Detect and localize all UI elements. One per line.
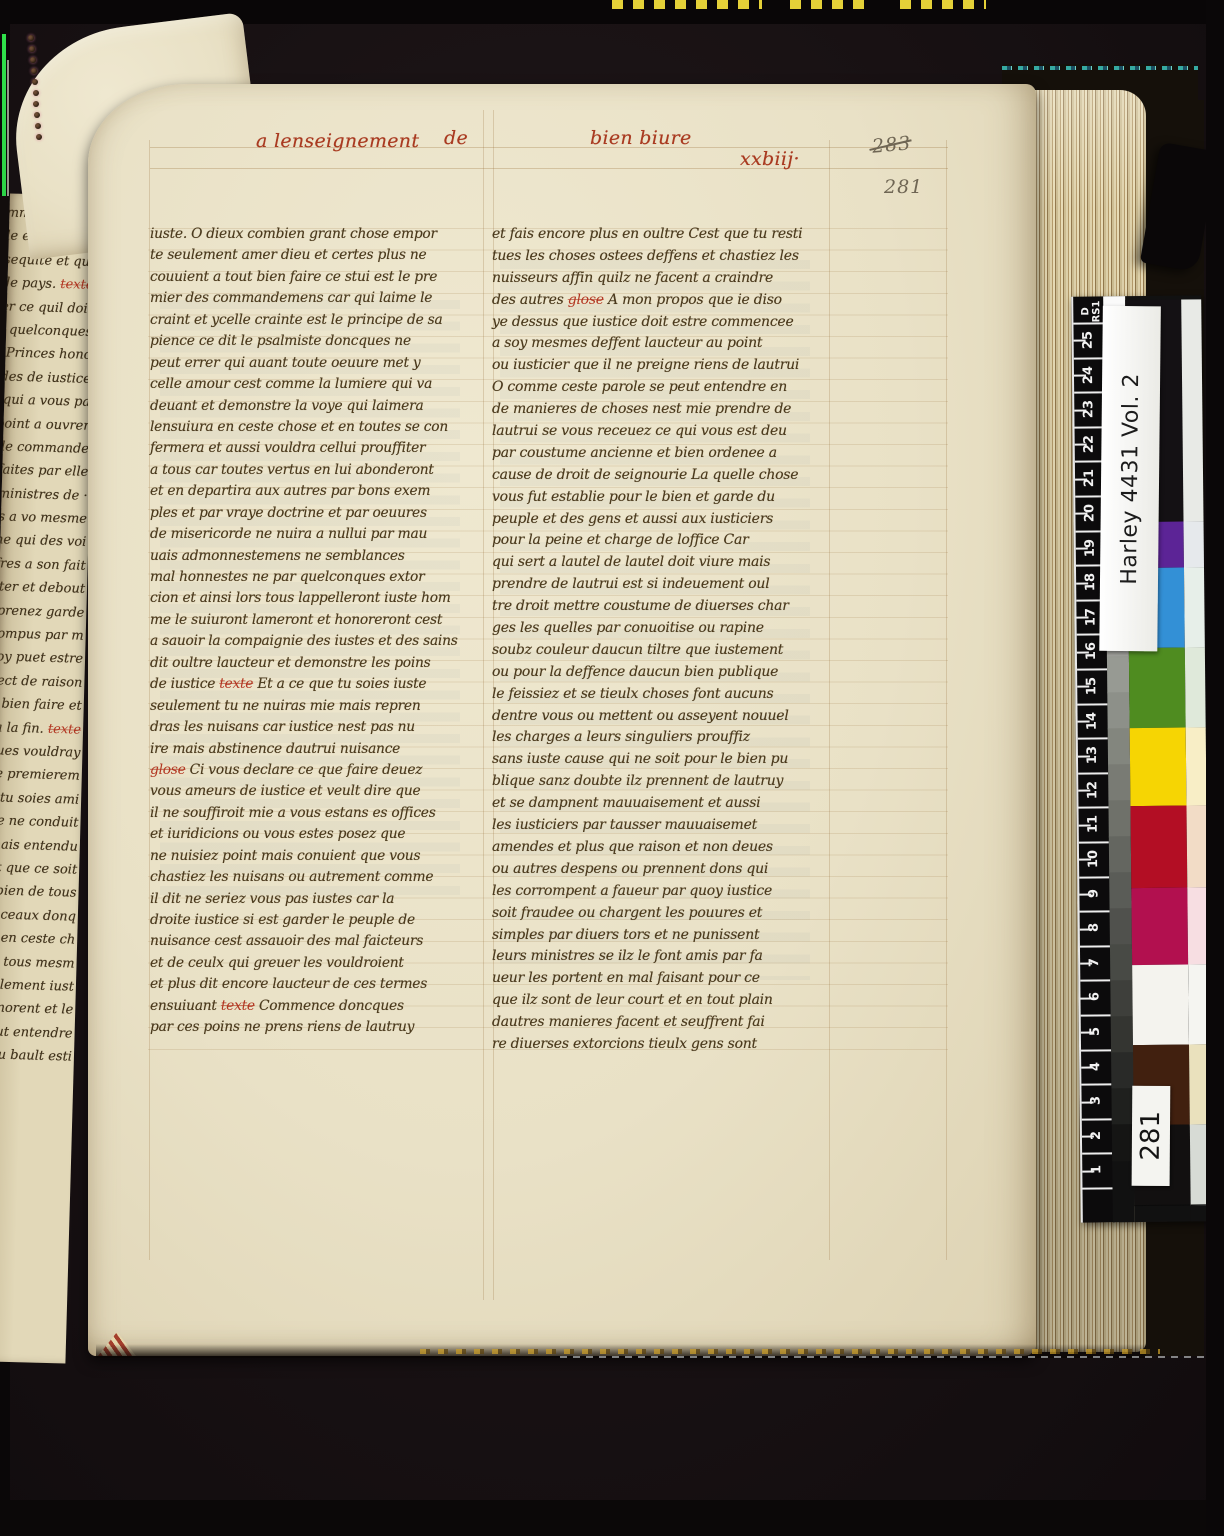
margin-rule	[946, 140, 947, 1260]
facing-page-text-line: glose Princes hono	[0, 339, 92, 368]
manuscript-text-line: pour la peine et charge de loffice Car	[492, 530, 828, 552]
manuscript-text-line: et se dampnent mauuaisement et aussi	[492, 793, 828, 815]
rubricated-word: glose	[150, 762, 186, 778]
ruler-number: 8	[1087, 914, 1105, 943]
facing-page-text-line: nt honorent et le	[0, 993, 74, 1022]
manuscript-text-line: ges les quelles par conuoitise ou rapine	[492, 618, 828, 640]
ruler-tick	[1080, 945, 1110, 947]
manuscript-text-line: peuple et des gens et aussi aux iusticie…	[492, 509, 828, 531]
facing-page-text-line: doncques a vo mesme	[0, 502, 87, 531]
ruler-number: 13	[1085, 741, 1103, 770]
manuscript-text-line: et de ceulx qui greuer les vouldroient	[150, 953, 484, 974]
facing-page-text-line: ce texte ne conduit	[0, 806, 79, 835]
ruler-tick	[1079, 841, 1109, 843]
ruler-number: 11	[1086, 810, 1104, 839]
manuscript-text-line: simples par diuers tors et ne punissent	[492, 925, 828, 947]
manuscript-text-line: celle amour cest comme la lumiere qui va	[150, 374, 484, 395]
manuscript-text-line: prendre de lautrui est si indeuement oul	[492, 574, 828, 596]
ruler-number: 9	[1086, 879, 1104, 908]
facing-page-text-line: nt corrompus par m	[0, 619, 84, 648]
photo-frame-right	[1206, 0, 1224, 1536]
manuscript-text-line: deuant et demonstre la voye qui laimera	[150, 396, 484, 417]
ruler-tick	[1077, 668, 1107, 670]
facing-page-text-line: tre ame qui des voi	[0, 526, 87, 555]
grayscale-step	[1110, 980, 1132, 1017]
facing-page-text-line: it il dit que ce soit	[0, 853, 77, 882]
manuscript-text-line: le feissiez et se tieulx choses font auc…	[492, 684, 828, 706]
facing-page-text-line: re que elle commande	[0, 432, 89, 461]
folio-sticker-text: 281	[1136, 1111, 1166, 1161]
manuscript-text-line: les charges a leurs singuliers prouffiz	[492, 727, 828, 749]
manuscript-text-line: et iuridicions ou vous estes posez que	[150, 824, 484, 845]
manuscript-text-line: il ne souffiroit mie a vous estans es of…	[150, 803, 484, 824]
manuscript-text-line: les corrompent a faueur par quoy iustice	[492, 881, 828, 903]
facing-page-text-line: cteur qui a vous pa	[0, 385, 91, 414]
manuscript-text-line: des autres glose A mon propos que ie dis…	[492, 290, 828, 312]
gilt-bottom-edge	[420, 1349, 1160, 1354]
running-title-part2: de	[444, 127, 468, 149]
pricking-hole	[32, 79, 38, 85]
bottom-edge-highlight	[560, 1356, 1224, 1358]
tint-patch	[1186, 727, 1207, 806]
ruler-number: 2	[1089, 1121, 1107, 1150]
grayscale-step	[1110, 908, 1132, 945]
ruler-tick	[1073, 322, 1103, 324]
patch-dark-red	[1130, 806, 1187, 890]
manuscript-text-line: uais admonnestemens ne semblances	[150, 546, 484, 567]
grayscale-step	[1110, 944, 1132, 981]
manuscript-text-line: dras les nuisans car iustice nest pas nu	[150, 717, 484, 738]
manuscript-text-line: vous ameurs de iustice et veult dire que	[150, 781, 484, 802]
manuscript-text-line: lautrui se vous receuez ce qui vous est …	[492, 421, 828, 443]
pricking-hole	[30, 57, 36, 63]
manuscript-text-line: vous fut establie pour le bien et garde …	[492, 487, 828, 509]
folio-sticker: 281	[1132, 1086, 1171, 1186]
ruler-number: 15	[1084, 671, 1102, 700]
manuscript-text-line: ou pour la deffence daucun bien publique	[492, 662, 828, 684]
grayscale-step	[1108, 728, 1130, 765]
manuscript-text-line: et fais encore plus en oultre Cest que t…	[492, 224, 828, 246]
running-title-part1: a lenseignement	[256, 130, 419, 152]
manuscript-text-line: que ilz sont de leur court et en tout pl…	[492, 990, 828, 1012]
manuscript-text-line: re diuerses extorcions tieulx gens sont	[492, 1034, 828, 1056]
ruler-number: 25	[1080, 325, 1098, 354]
manuscript-text-line: soit fraudee ou chargent les pouures et	[492, 903, 828, 925]
text-column-right: et fais encore plus en oultre Cest que t…	[492, 224, 828, 1056]
clipped-yellow-label-fragment	[900, 0, 986, 9]
manuscript-text-line: peut errer qui auant toute oeuure met y	[150, 353, 484, 374]
manuscript-text-line: nuisance cest assauoir des mal faicteurs	[150, 931, 484, 952]
ruler-number: 12	[1085, 775, 1103, 804]
ruler-tick	[1074, 357, 1104, 359]
manuscript-text-line: ou iusticier que il ne preigne riens de …	[492, 355, 828, 377]
clipped-yellow-label-fragment	[790, 0, 864, 9]
patch-white	[1132, 965, 1189, 1047]
folio-number-crossed-out: 283	[871, 132, 912, 157]
patch-yellow	[1130, 728, 1187, 808]
pricking-hole	[28, 35, 34, 41]
patch-green	[1129, 648, 1186, 730]
column-rule	[829, 140, 830, 1260]
manuscript-text-line: par coustume ancienne et bien ordenee a	[492, 443, 828, 465]
tint-patch	[1186, 805, 1207, 888]
facing-page-text-line: superditer et debout	[0, 572, 85, 601]
grayscale-step	[1111, 1088, 1133, 1125]
facing-page-text-line: en ensuiut en ceste ch	[0, 923, 76, 952]
manuscript-text-line: soubz couleur daucun tiltre que iustemen…	[492, 640, 828, 662]
ruler-number: 23	[1081, 395, 1099, 424]
rubricated-word: texte	[48, 721, 82, 737]
ruler-number: 1	[1089, 1156, 1107, 1185]
pricking-hole	[29, 46, 35, 52]
ruler-number: 5	[1088, 1017, 1106, 1046]
grayscale-step	[1108, 800, 1130, 837]
manuscript-text-line: ire mais abstinence dautrui nuisance	[150, 739, 484, 760]
ruler-number: 19	[1083, 533, 1101, 562]
tint-patch	[1184, 567, 1205, 648]
folio-number: 281	[884, 176, 923, 198]
manuscript-text-line: sans iuste cause qui ne soit pour le bie…	[492, 749, 828, 771]
manuscript-text-line: couuient a tout bien faire ce stui est l…	[150, 267, 484, 288]
ruler-tick	[1081, 1084, 1111, 1086]
shelfmark-label: Harley 4431 Vol. 2	[1099, 306, 1161, 652]
color-calibration-bar: D RS1 2524232221201918171615141312111098…	[1071, 295, 1211, 1222]
manuscript-text-line: et en departira aux autres par bons exem	[150, 481, 484, 502]
manuscript-text-line: de iustice texte Et a ce que tu soies iu…	[150, 674, 484, 695]
manuscript-text-line: dit oultre laucteur et demonstre les poi…	[150, 653, 484, 674]
manuscript-text-line: de manieres de choses nest mie prendre d…	[492, 399, 828, 421]
ruler-number: 22	[1082, 429, 1100, 458]
facing-page-text-line: ouvient au bault esti	[0, 1040, 72, 1069]
manuscript-text-line: blique sanz doubte ilz prennent de lautr…	[492, 771, 828, 793]
facing-page-text-line: us faites par elle	[0, 456, 89, 485]
grayscale-step	[1107, 692, 1129, 729]
manuscript-text-line: glose Ci vous declare ce que faire deuez	[150, 760, 484, 781]
manuscript-text-line: craint et ycelle crainte est le principe…	[150, 310, 484, 331]
facing-page-sliver: O comme est iustime elle est au monien s…	[0, 194, 98, 1364]
manuscript-text-line: ples et par vraye doctrine et par oeuure…	[150, 503, 484, 524]
manuscript-text-line: a tous car toutes vertus en lui abondero…	[150, 460, 484, 481]
ruler-number: 10	[1086, 844, 1104, 873]
facing-page-text-line: pour bien faire et	[0, 689, 82, 718]
manuscript-text-line: iuste. O dieux combien grant chose empor	[150, 224, 484, 245]
manuscript-text-line: O comme ceste parole se peut entendre en	[492, 377, 828, 399]
ruler-number: 6	[1087, 983, 1105, 1012]
ruler-top-label: D RS1	[1080, 298, 1098, 324]
manuscript-text-line: par ces poins ne prens riens de lautruy	[150, 1017, 484, 1038]
grayscale-step	[1109, 836, 1131, 873]
ruler-tick	[1081, 1014, 1111, 1016]
manuscript-text-line: te seulement amer dieu et certes plus ne	[150, 245, 484, 266]
facing-page-text-line: par quoy puet estre	[0, 643, 83, 672]
facing-page-text-line: et crime premierem	[0, 760, 80, 789]
rubricated-word: texte	[219, 676, 253, 692]
photo-frame-bottom	[0, 1500, 1224, 1536]
grayscale-step	[1108, 764, 1130, 801]
facing-page-text-line: ordre de pays. texte	[0, 269, 94, 298]
manuscript-text-line: ensuiuant texte Commence doncques	[150, 996, 484, 1017]
facing-page-text-line: gier au bien de tous	[0, 876, 77, 905]
grayscale-step	[1111, 1052, 1133, 1089]
manuscript-text-line: seulement tu ne nuiras mie mais repren	[150, 696, 484, 717]
ruler-number: 24	[1081, 360, 1099, 389]
ruler-number: 7	[1087, 948, 1105, 977]
tint-patch	[1185, 647, 1206, 728]
manuscript-text-line: ye dessus que iustice doit estre commenc…	[492, 312, 828, 334]
ruler-tick	[1077, 703, 1107, 705]
shelfmark-label-text: Harley 4431 Vol. 2	[1116, 373, 1143, 585]
rubricated-word: texte	[221, 998, 255, 1014]
ruler-tick	[1082, 1118, 1112, 1120]
ruler-tick	[1079, 876, 1109, 878]
manuscript-text-line: amendes et plus que raison et non deues	[492, 837, 828, 859]
manuscript-text-line: ou autres despens ou prennent dons qui	[492, 859, 828, 881]
manuscript-text-line: ueur les portent en mal faisant pour ce	[492, 968, 828, 990]
manuscript-text-line: et plus dit encore laucteur de ces terme…	[150, 974, 484, 995]
manuscript-text-line: de misericorde ne nuira a nullui par mau	[150, 524, 484, 545]
pricking-hole	[31, 68, 37, 74]
manuscript-text-line: tre droit mettre coustume de diuerses ch…	[492, 596, 828, 618]
manuscript-text-line: pience ce dit le psalmiste doncques ne	[150, 331, 484, 352]
manuscript-text-line: fermera et aussi vouldra cellui prouffit…	[150, 438, 484, 459]
manuscript-text-line: dautres manieres facent et seuffrent fai	[492, 1012, 828, 1034]
facing-page-text: O comme est iustime elle est au monien s…	[0, 198, 96, 1069]
text-column-left: iuste. O dieux combien grant chose empor…	[150, 224, 484, 1039]
ruler-number: 4	[1088, 1052, 1106, 1081]
manuscript-text-line: leurs ministres se ilz le font amis par …	[492, 946, 828, 968]
ruler-tick	[1081, 1049, 1111, 1051]
pricking-hole	[33, 90, 39, 96]
manuscript-text-line: il dit ne seriez vous pas iustes car la	[150, 889, 484, 910]
manuscript-text-line: droite iustice si est garder le peuple d…	[150, 910, 484, 931]
manuscript-text-line: mier des commandemens car qui laime le	[150, 288, 484, 309]
ruler-tick	[1082, 1187, 1112, 1189]
running-title-part3: bien biure	[590, 127, 692, 149]
rubricated-word: glose	[568, 292, 604, 308]
manuscript-text-line: les iusticiers par tausser mauuaisemet	[492, 815, 828, 837]
manuscript-text-line: mal honnestes ne par quelconques extor	[150, 567, 484, 588]
facing-page-text-line: ient quelconques	[0, 315, 93, 344]
manuscript-text-line: chastiez les nuisans ou autrement comme	[150, 867, 484, 888]
ruler-number: 3	[1088, 1087, 1106, 1116]
ruler-number: 20	[1082, 498, 1100, 527]
manuscript-text-line: nuisseurs affin quilz ne facent a craind…	[492, 268, 828, 290]
tint-patch	[1184, 521, 1204, 568]
manuscript-text-line: a sauoir la compaignie des iustes et des…	[150, 631, 484, 652]
patch-crimson	[1131, 888, 1188, 967]
grayscale-step	[1107, 656, 1129, 693]
grayscale-step	[1111, 1016, 1133, 1053]
manuscript-text-line: tues les choses ostees deffens et chasti…	[492, 246, 828, 268]
manuscript-text-line: dentre vous ou mettent ou asseyent nouue…	[492, 706, 828, 728]
running-title-chapter-number: xxbiij·	[740, 148, 800, 170]
ruler-tick	[1075, 426, 1105, 428]
manuscript-text-line: me le suiuront lameront et honoreront ce…	[150, 610, 484, 631]
facing-page-text-line: doncques vouldray	[0, 736, 81, 765]
tint-patch	[1181, 299, 1203, 522]
ruler-number: 14	[1084, 706, 1102, 735]
manuscript-text-line: ne nuisiez point mais conuient que vous	[150, 846, 484, 867]
manuscript-text-line: a soy mesmes deffent laucteur au point	[492, 333, 828, 355]
manuscript-text-line: qui sert a lautel de lautel doit viure m…	[492, 552, 828, 574]
manuscript-text-line: lensuiura en ceste chose et en toutes se…	[150, 417, 484, 438]
manuscript-photo: O comme est iustime elle est au monien s…	[0, 0, 1224, 1536]
clipped-yellow-label-fragment	[612, 0, 762, 9]
manuscript-text-line: cion et ainsi lors tous lappelleront ius…	[150, 588, 484, 609]
ruler-number: 18	[1083, 568, 1101, 597]
manuscript-text-line: cause de droit de seignourie La quelle c…	[492, 465, 828, 487]
ruler-number: 21	[1082, 464, 1100, 493]
grayscale-step	[1109, 872, 1131, 909]
ruler-tick	[1078, 772, 1108, 774]
